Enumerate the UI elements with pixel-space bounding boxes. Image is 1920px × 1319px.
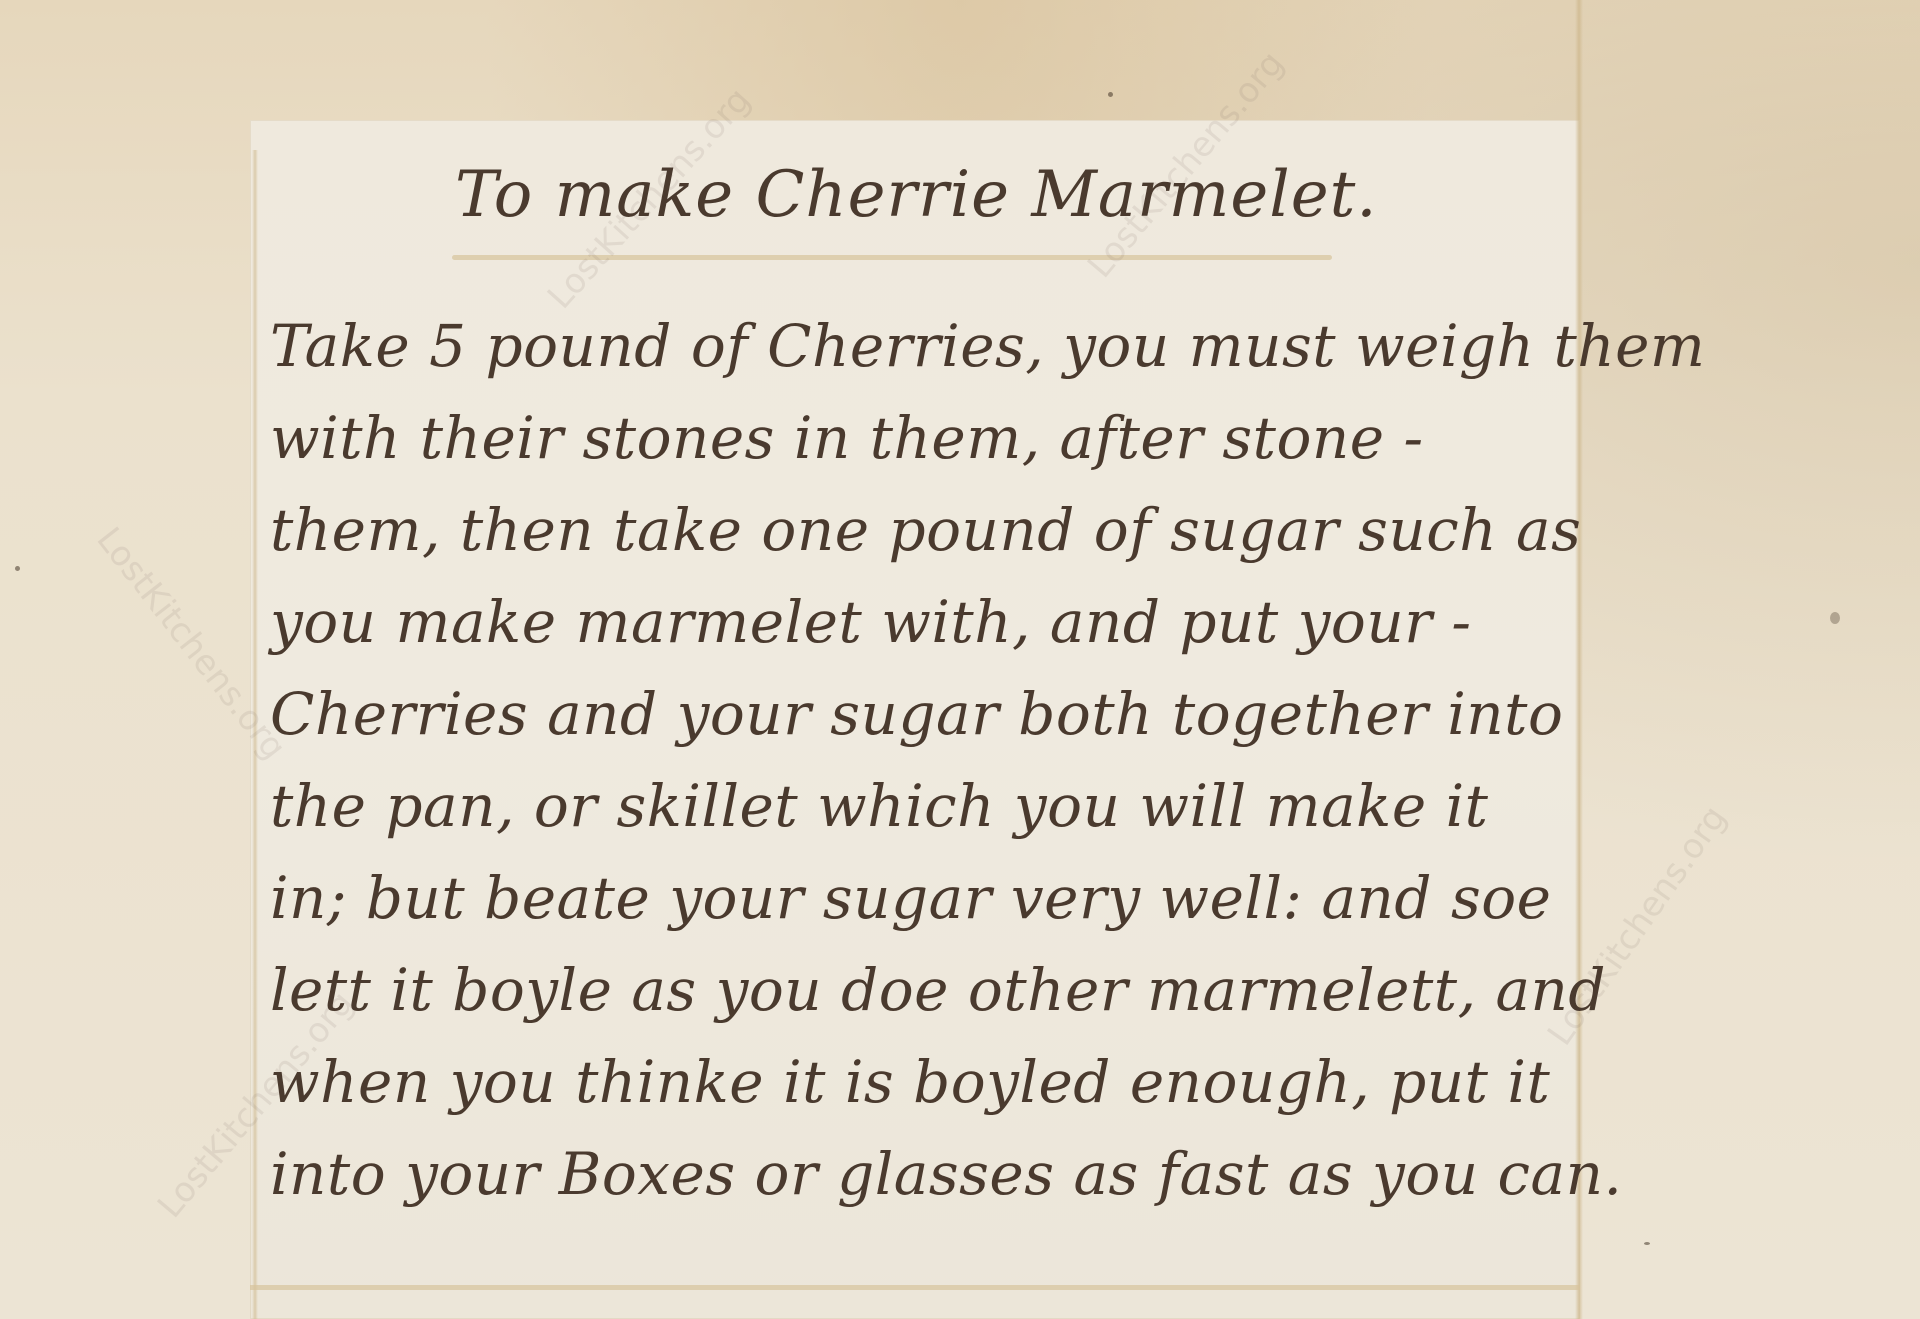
recipe-line: you make marmelet with, and put your - <box>270 576 1580 668</box>
ink-speck <box>15 566 20 571</box>
recipe-title: To make Cherrie Marmelet. <box>455 158 1378 232</box>
recipe-line: into your Boxes or glasses as fast as yo… <box>270 1128 1580 1220</box>
ink-speck <box>1644 1242 1650 1245</box>
recipe-line: the pan, or skillet which you will make … <box>270 760 1580 852</box>
manuscript-page: LostKitchens.org LostKitchens.org LostKi… <box>0 0 1920 1319</box>
title-underline-stain <box>452 255 1332 260</box>
recipe-line: when you thinke it is boyled enough, put… <box>270 1036 1580 1128</box>
recipe-body: Take 5 pound of Cherries, you must weigh… <box>270 300 1580 1220</box>
ink-speck <box>1830 612 1840 624</box>
bottom-edge-stain <box>250 1285 1580 1290</box>
recipe-line: them, then take one pound of sugar such … <box>270 484 1580 576</box>
ink-speck <box>1108 92 1113 97</box>
recipe-line: in; but beate your sugar very well: and … <box>270 852 1580 944</box>
recipe-line: Cherries and your sugar both together in… <box>270 668 1580 760</box>
recipe-line: Take 5 pound of Cherries, you must weigh… <box>270 300 1580 392</box>
recipe-line: lett it boyle as you doe other marmelett… <box>270 944 1580 1036</box>
recipe-line: with their stones in them, after stone - <box>270 392 1580 484</box>
fold-line-left <box>252 150 258 1319</box>
